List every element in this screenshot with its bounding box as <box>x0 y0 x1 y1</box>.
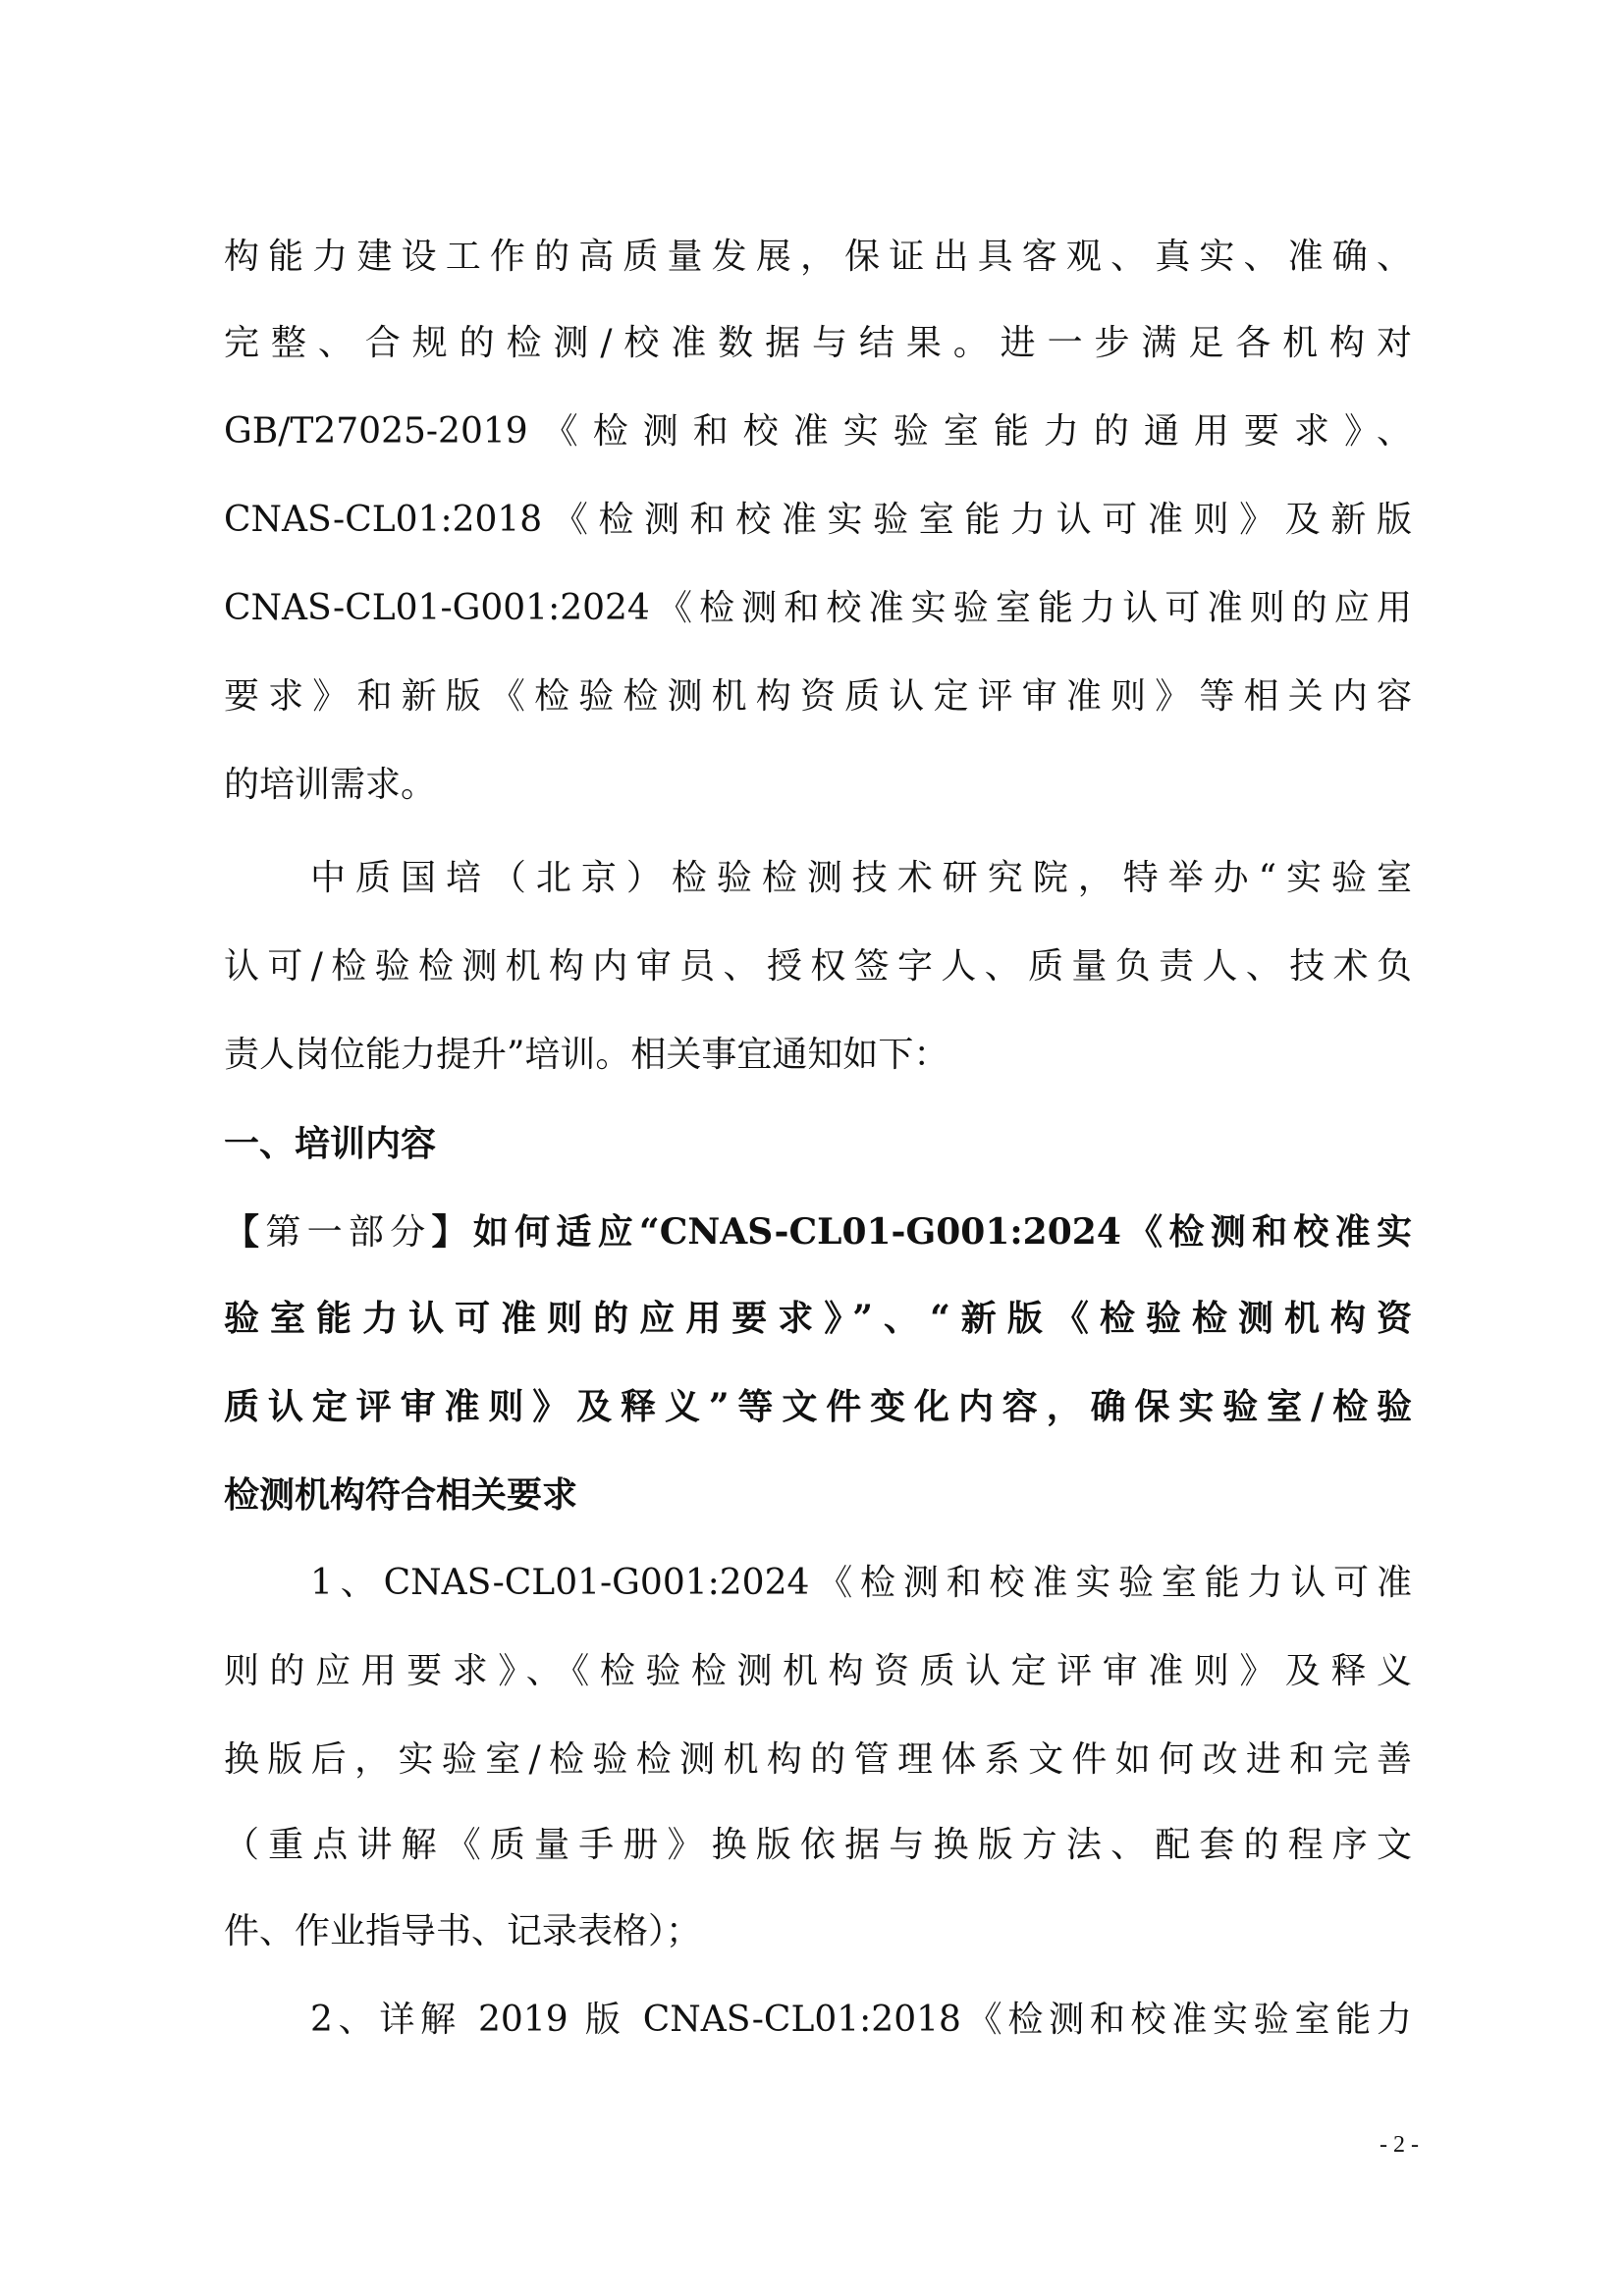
part-one-heading-line: 质认定评审准则》及释义”等文件变化内容，确保实验室/检验 <box>224 1377 1412 1436</box>
body-text-line: 认可/检验检测机构内审员、授权签字人、质量负责人、技术负 <box>224 937 1412 996</box>
bracket-close: 】 <box>432 1211 473 1253</box>
body-text-line: CNAS-CL01:2018《检测和校准实验室能力认可准则》及新版 <box>224 491 1412 550</box>
body-text-line: CNAS-CL01-G001:2024《检测和校准实验室能力认可准则的应用 <box>224 579 1412 638</box>
body-text-line: 的培训需求。 <box>224 756 1412 815</box>
list-item-text-line: 件、作业指导书、记录表格）； <box>224 1902 1412 1961</box>
list-item-text-line: （重点讲解《质量手册》换版依据与换版方法、配套的程序文 <box>224 1816 1412 1875</box>
section-heading: 一、培训内容 <box>224 1114 1412 1173</box>
part-one-heading-line: 验室能力认可准则的应用要求》”、“新版《检验检测机构资 <box>224 1289 1412 1348</box>
list-item-text-line: 2、详解 2019 版 CNAS-CL01:2018《检测和校准实验室能力 <box>310 1991 1412 2050</box>
list-item-text-line: 1、CNAS-CL01-G001:2024《检测和校准实验室能力认可准 <box>310 1554 1412 1613</box>
body-text-line: 中质国培（北京）检验检测技术研究院，特举办“实验室 <box>310 849 1412 908</box>
body-text-line: 构能力建设工作的高质量发展，保证出具客观、真实、准确、 <box>224 228 1412 287</box>
part-one-heading-line: 【第一部分】如何适应“CNAS-CL01-G001:2024《检测和校准实 <box>224 1202 1412 1261</box>
body-text-line: 责人岗位能力提升”培训。相关事宜通知如下： <box>224 1026 1412 1085</box>
body-text-line: 完整、合规的检测/校准数据与结果。进一步满足各机构对 <box>224 314 1412 373</box>
list-item-text-line: 换版后，实验室/检验检测机构的管理体系文件如何改进和完善 <box>224 1731 1412 1789</box>
page-number: - 2 - <box>1355 2132 1443 2159</box>
list-item-text-line: 则的应用要求》、《检验检测机构资质认定评审准则》及释义 <box>224 1642 1412 1701</box>
body-text-line: 要求》和新版《检验检测机构资质认定评审准则》等相关内容 <box>224 667 1412 726</box>
part-one-title: 如何适应“CNAS-CL01-G001:2024《检测和校准实 <box>473 1211 1412 1253</box>
part-one-heading-line: 检测机构符合相关要求 <box>224 1466 1412 1524</box>
part-label: 第一部分 <box>265 1212 431 1253</box>
document-page: 构能力建设工作的高质量发展，保证出具客观、真实、准确、 完整、合规的检测/校准数… <box>0 0 1624 2296</box>
body-text-line: GB/T27025-2019《检测和校准实验室能力的通用要求》、 <box>224 402 1412 461</box>
bracket-open: 【 <box>224 1211 265 1253</box>
